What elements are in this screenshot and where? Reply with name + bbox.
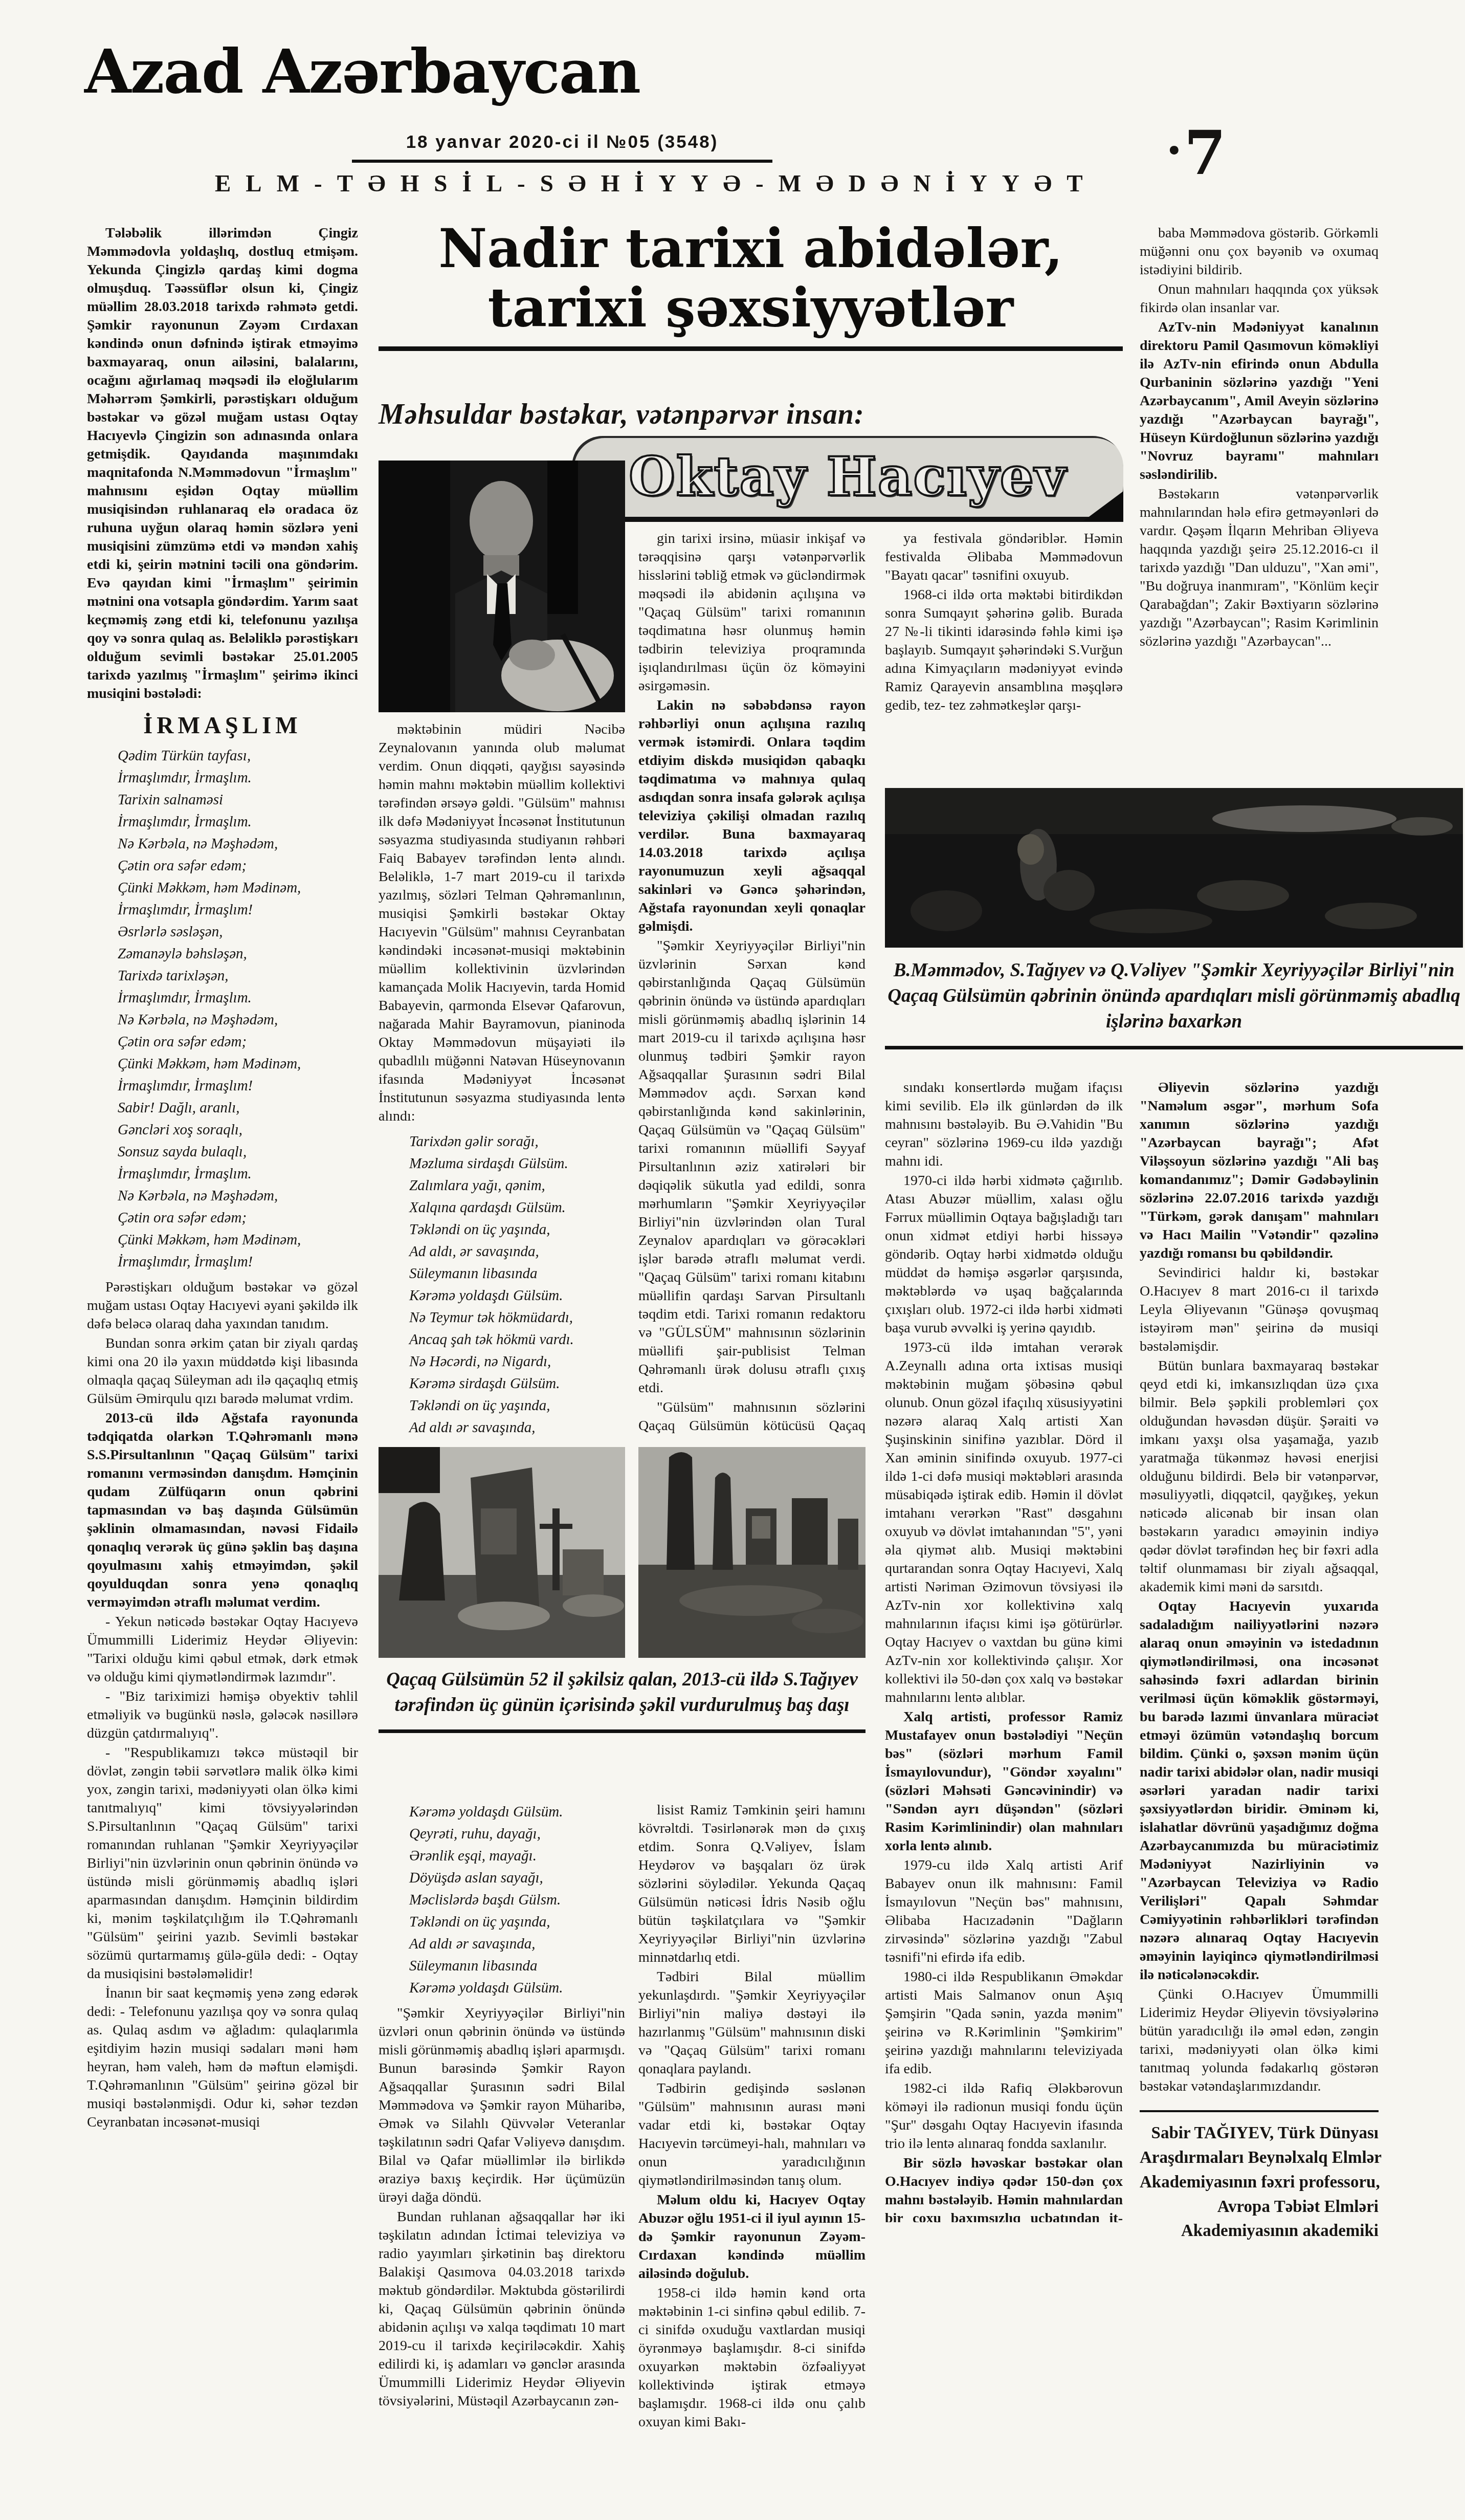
column-2-lower-text: "Şəmkir Xeyriyyəçilər Birliyi"nin üzvlər… <box>379 2004 625 2411</box>
plate-corner-wedge <box>1083 491 1123 521</box>
column-2-text: məktəbinin müdiri Nəcibə Zeynalovanın ya… <box>379 720 625 1126</box>
column-3-text: gin tarixi irsinə, müasir inkişaf və tər… <box>638 530 865 1438</box>
group-photo <box>885 788 1463 948</box>
group-photo-caption: B.Məmmədov, S.Tağıyev və Q.Vəliyev "Şəmk… <box>885 958 1463 1049</box>
page-number-value: 7 <box>1184 117 1226 188</box>
portrait-photo <box>379 461 625 712</box>
column-4-lower: sındakı konsertlərdə muğam ifaçısı kimi … <box>885 1079 1123 2222</box>
poem-gulsum-part2: Kərəmə yoldaşdı Gülsüm.Qeyrəti, ruhu, da… <box>409 1801 625 1999</box>
article-headline: Nadir tarixi abidələr, tarixi şəxsiyyətl… <box>379 219 1123 351</box>
column-1-continue: Pərəstişkarı olduğum bəstəkar və gözəl m… <box>87 1278 358 2132</box>
portrait-photo-art <box>379 461 625 712</box>
column-3-lower-text: lisist Ramiz Təmkinin şeiri hamını kövrə… <box>638 1801 865 2431</box>
author-signature: Sabir TAĞIYEV, Türk DünyasıAraşdırmaları… <box>1140 2110 1379 2244</box>
article-subhead: Məhsuldar bəstəkar, vətənpərvər insan: <box>379 398 1123 431</box>
column-5-upper: baba Məmmədova göstərib. Görkəmli müğənn… <box>1140 224 1379 783</box>
column-4-text: ya festivala göndəriblər. Həmin festival… <box>885 530 1123 715</box>
poem-title: İRMAŞLIM <box>87 716 358 735</box>
cemetery-photo-art <box>638 1447 865 1658</box>
column-3-lower: lisist Ramiz Təmkinin şeiri hamını kövrə… <box>638 1801 865 2433</box>
page-number-bullet: • <box>1166 137 1182 166</box>
section-title: ELM-TƏHSİL-SƏHİYYƏ-MƏDƏNİYYƏT <box>215 170 1187 198</box>
column-4-upper: ya festivala göndəriblər. Həmin festival… <box>885 530 1123 783</box>
column-2-lower: Kərəmə yoldaşdı Gülsüm.Qeyrəti, ruhu, da… <box>379 1801 625 2412</box>
gravestone-photo-art <box>379 1447 625 1658</box>
column-1-intro: Tələbəlik illərimdən Çingiz Məmmədovla y… <box>87 224 358 703</box>
column-5-lower-text: Əliyevin sözlərinə yazdığı "Naməlum əsgə… <box>1140 1079 1379 2096</box>
column-1: Tələbəlik illərimdən Çingiz Məmmədovla y… <box>87 224 358 2133</box>
poem-irmashlim: Qədim Türkün tayfası,İrmaşlımdır, İrmaşl… <box>118 745 358 1273</box>
headline-line-1: Nadir tarixi abidələr, <box>379 219 1123 278</box>
column-4-lower-text: sındakı konsertlərdə muğam ifaçısı kimi … <box>885 1079 1123 2222</box>
name-plate-text: Oktay Hacıyev <box>629 445 1067 508</box>
grave-photos-caption: Qaçaq Gülsümün 52 il şəkilsiz qalan, 201… <box>379 1667 865 1733</box>
newspaper-masthead: Azad Azərbaycan <box>84 36 698 107</box>
column-5-lower: Əliyevin sözlərinə yazdığı "Naməlum əsgə… <box>1140 1079 1379 2244</box>
name-plate: Oktay Hacıyev <box>572 436 1123 517</box>
page-number: •7 <box>1166 123 1226 183</box>
newspaper-page: { "page": { "masthead": "Azad Azərbaycan… <box>0 0 1465 2520</box>
group-photo-art <box>885 788 1463 948</box>
column-3-upper: gin tarixi irsinə, müasir inkişaf və tər… <box>638 530 865 1438</box>
column-5-text: baba Məmmədova göstərib. Görkəmli müğənn… <box>1140 224 1379 651</box>
headline-line-2: tarixi şəxsiyyətlər <box>379 278 1123 338</box>
plate-rule <box>572 518 1123 522</box>
gravestone-photo <box>379 1447 625 1658</box>
poem-gulsum-part1: Tarixdən gəlir sorağı,Məzluma sirdaşdı G… <box>409 1131 625 1437</box>
dateline: 18 yanvar 2020-ci il №05 (3548) <box>352 132 772 163</box>
cemetery-photo <box>638 1447 865 1658</box>
column-2-upper: məktəbinin müdiri Nəcibə Zeynalovanın ya… <box>379 720 625 1437</box>
